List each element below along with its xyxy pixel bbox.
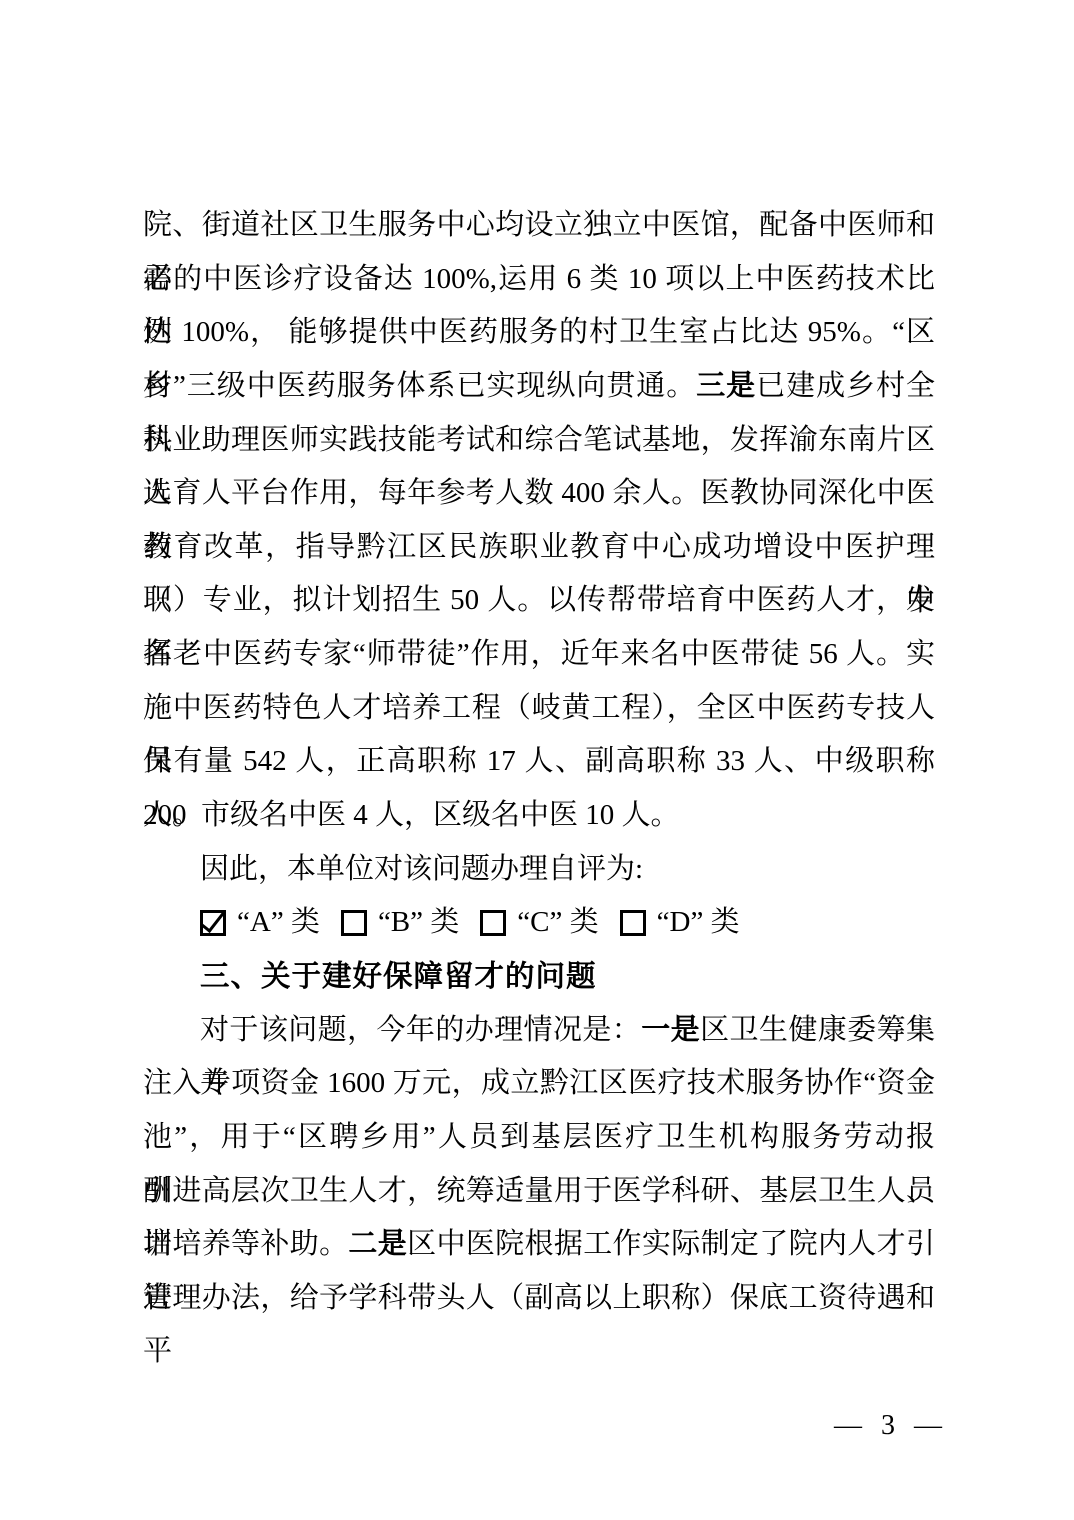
body-line: 人。市级名中医 4 人，区级名中医 10 人。 — [143, 789, 935, 843]
self-eval-options: “A” 类 “B” 类 “C” 类 “D” 类 — [143, 896, 935, 950]
option-label: “D” 类 — [657, 896, 740, 950]
document-body: 院、街道社区卫生服务中心均设立独立中医馆，配备中医师和必 需的中医诊疗设备达 1… — [143, 199, 935, 1325]
text-run: 村”三级中医药服务体系已实现纵向贯通。 — [143, 370, 696, 402]
self-eval-prompt: 因此，本单位对该问题办理自评为: — [143, 843, 935, 897]
page-number: — 3 — — [834, 1406, 948, 1446]
section-heading: 三、关于建好保障留才的问题 — [143, 950, 935, 1004]
text-run: 对于该问题，今年的办理情况是： — [200, 1014, 641, 1046]
body-line: 注入专项资金 1600 万元，成立黔江区医疗技术服务协作“资金 — [143, 1057, 935, 1111]
self-eval-option-c: “C” 类 — [480, 896, 598, 950]
body-line: 引进高层次卫生人才，统筹适量用于医学科研、基层卫生人员培 — [143, 1165, 935, 1219]
self-eval-option-d: “D” 类 — [620, 896, 740, 950]
text-run: 管理办法，给予学科带头人（副高以上职称）保底工资待遇和平 — [143, 1282, 935, 1368]
text-run: 训培养等补助。 — [143, 1228, 348, 1260]
option-label: “A” 类 — [237, 896, 320, 950]
self-eval-option-a: “A” 类 — [200, 896, 320, 950]
body-line: 职）专业，拟计划招生 50 人。以传帮带培育中医药人才，发挥 — [143, 574, 935, 628]
text-run: 人。市级名中医 4 人，区级名中医 10 人。 — [143, 799, 680, 831]
body-line: 达 100%， 能够提供中医药服务的村卫生室占比达 95%。“区乡 — [143, 306, 935, 360]
body-line: 人育人平台作用，每年参考人数 400 余人。医教协同深化中医药 — [143, 467, 935, 521]
checkbox-unchecked-icon — [480, 910, 506, 936]
text-run: 注入专项资金 1600 万元，成立黔江区医疗技术服务协作“资金 — [143, 1067, 935, 1099]
text-run: 因此，本单位对该问题办理自评为: — [200, 853, 643, 885]
checkbox-checked-icon — [200, 910, 226, 936]
emphasis-run: 二是 — [348, 1228, 407, 1260]
self-eval-option-b: “B” 类 — [341, 896, 459, 950]
body-line: 名老中医药专家“师带徒”作用，近年来名中医带徒 56 人。实 — [143, 628, 935, 682]
body-line: 训培养等补助。二是区中医院根据工作实际制定了院内人才引进 — [143, 1218, 935, 1272]
body-line: 管理办法，给予学科带头人（副高以上职称）保底工资待遇和平 — [143, 1272, 935, 1326]
document-page: 院、街道社区卫生服务中心均设立独立中医馆，配备中医师和必 需的中医诊疗设备达 1… — [0, 0, 1074, 1520]
body-line: 对于该问题，今年的办理情况是：一是区卫生健康委筹集并 — [143, 1004, 935, 1058]
body-line: 执业助理医师实践技能考试和综合笔试基地，发挥渝东南片区选 — [143, 414, 935, 468]
body-line: 需的中医诊疗设备达 100%,运用 6 类 10 项以上中医药技术比例 — [143, 253, 935, 307]
checkbox-unchecked-icon — [341, 910, 367, 936]
emphasis-run: 一是 — [641, 1014, 700, 1046]
body-line: 池”，用于“区聘乡用”人员到基层医疗卫生机构服务劳动报酬、 — [143, 1111, 935, 1165]
body-line: 院、街道社区卫生服务中心均设立独立中医馆，配备中医师和必 — [143, 199, 935, 253]
body-line: 村”三级中医药服务体系已实现纵向贯通。三是已建成乡村全科 — [143, 360, 935, 414]
text-run: 名老中医药专家“师带徒”作用，近年来名中医带徒 56 人。实 — [143, 638, 935, 670]
body-line: 教育改革，指导黔江区民族职业教育中心成功增设中医护理（中 — [143, 521, 935, 575]
body-line: 施中医药特色人才培养工程（岐黄工程），全区中医药专技人员 — [143, 682, 935, 736]
heading-text: 三、关于建好保障留才的问题 — [200, 960, 597, 993]
body-line: 保有量 542 人，正高职称 17 人、副高职称 33 人、中级职称 200 — [143, 735, 935, 789]
emphasis-run: 三是 — [696, 370, 756, 402]
option-label: “B” 类 — [378, 896, 459, 950]
checkbox-unchecked-icon — [620, 910, 646, 936]
option-label: “C” 类 — [517, 896, 598, 950]
